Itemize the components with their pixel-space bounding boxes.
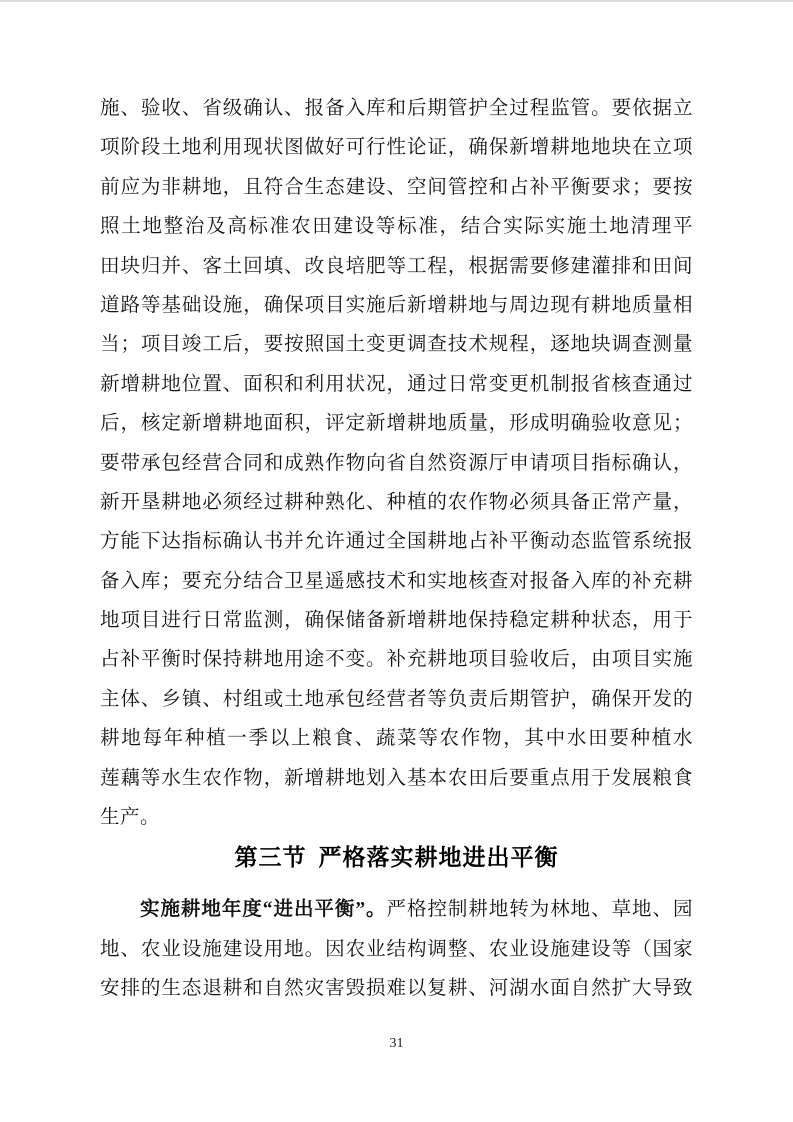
text-line: 地项目进行日常监测，确保储备新增耕地保持稳定耕种状态，用于 (100, 601, 693, 640)
text-line: 耕地每年种植一季以上粮食、蔬菜等农作物，其中水田要种植水稻、 (100, 719, 693, 758)
text-line: 新增耕地位置、面积和利用状况，通过日常变更机制报省核查通过 (100, 365, 693, 404)
text-line: 莲藕等水生农作物，新增耕地划入基本农田后要重点用于发展粮食 (100, 759, 693, 798)
section-heading-title: 严格落实耕地进出平衡 (319, 844, 559, 870)
text-line: 方能下达指标确认书并允许通过全国耕地占补平衡动态监管系统报 (100, 522, 693, 561)
text-line: 后，核定新增耕地面积，评定新增耕地质量，形成明确验收意见； (100, 404, 693, 443)
text-line: 项阶段土地利用现状图做好可行性论证，确保新增耕地地块在立项 (100, 128, 693, 167)
text-line: 实施耕地年度“进出平衡”。严格控制耕地转为林地、草地、园 (100, 890, 693, 929)
text-line: 施、验收、省级确认、报备入库和后期管护全过程监管。要依据立 (100, 89, 693, 128)
page-number: 31 (0, 1036, 793, 1052)
text-line: 要带承包经营合同和成熟作物向省自然资源厅申请项目指标确认， (100, 444, 693, 483)
document-page: 施、验收、省级确认、报备入库和后期管护全过程监管。要依据立 项阶段土地利用现状图… (0, 0, 793, 1122)
text-line: 备入库；要充分结合卫星遥感技术和实地核查对报备入库的补充耕 (100, 562, 693, 601)
text-line: 生产。 (100, 798, 693, 837)
section-heading: 第三节严格落实耕地进出平衡 (100, 837, 693, 877)
text-line: 地、农业设施建设用地。因农业结构调整、农业设施建设等（国家 (100, 930, 693, 969)
text-line: 占补平衡时保持耕地用途不变。补充耕地项目验收后，由项目实施 (100, 640, 693, 679)
text-line: 照土地整治及高标准农田建设等标准，结合实际实施土地清理平整、 (100, 207, 693, 246)
paragraph-lead-bold: 实施耕地年度“进出平衡”。 (140, 899, 387, 920)
section-heading-number: 第三节 (235, 844, 307, 870)
text-line: 当；项目竣工后，要按照国土变更调查技术规程，逐地块调查测量 (100, 325, 693, 364)
text-line: 田块归并、客土回填、改良培肥等工程，根据需要修建灌排和田间 (100, 247, 693, 286)
paragraph-lead-rest: 严格控制耕地转为林地、草地、园 (387, 899, 693, 920)
text-line: 新开垦耕地必须经过耕种熟化、种植的农作物必须具备正常产量， (100, 483, 693, 522)
text-line: 道路等基础设施，确保项目实施后新增耕地与周边现有耕地质量相 (100, 286, 693, 325)
text-line: 前应为非耕地，且符合生态建设、空间管控和占补平衡要求；要按 (100, 168, 693, 207)
paragraph-supplement-cultivated-land: 施、验收、省级确认、报备入库和后期管护全过程监管。要依据立 项阶段土地利用现状图… (100, 89, 693, 837)
paragraph-in-out-balance: 实施耕地年度“进出平衡”。严格控制耕地转为林地、草地、园 地、农业设施建设用地。… (100, 890, 693, 1008)
text-line: 安排的生态退耕和自然灾害毁损难以复耕、河湖水面自然扩大导致 (100, 969, 693, 1008)
text-column: 施、验收、省级确认、报备入库和后期管护全过程监管。要依据立 项阶段土地利用现状图… (100, 89, 693, 1009)
text-line: 主体、乡镇、村组或土地承包经营者等负责后期管护，确保开发的 (100, 680, 693, 719)
